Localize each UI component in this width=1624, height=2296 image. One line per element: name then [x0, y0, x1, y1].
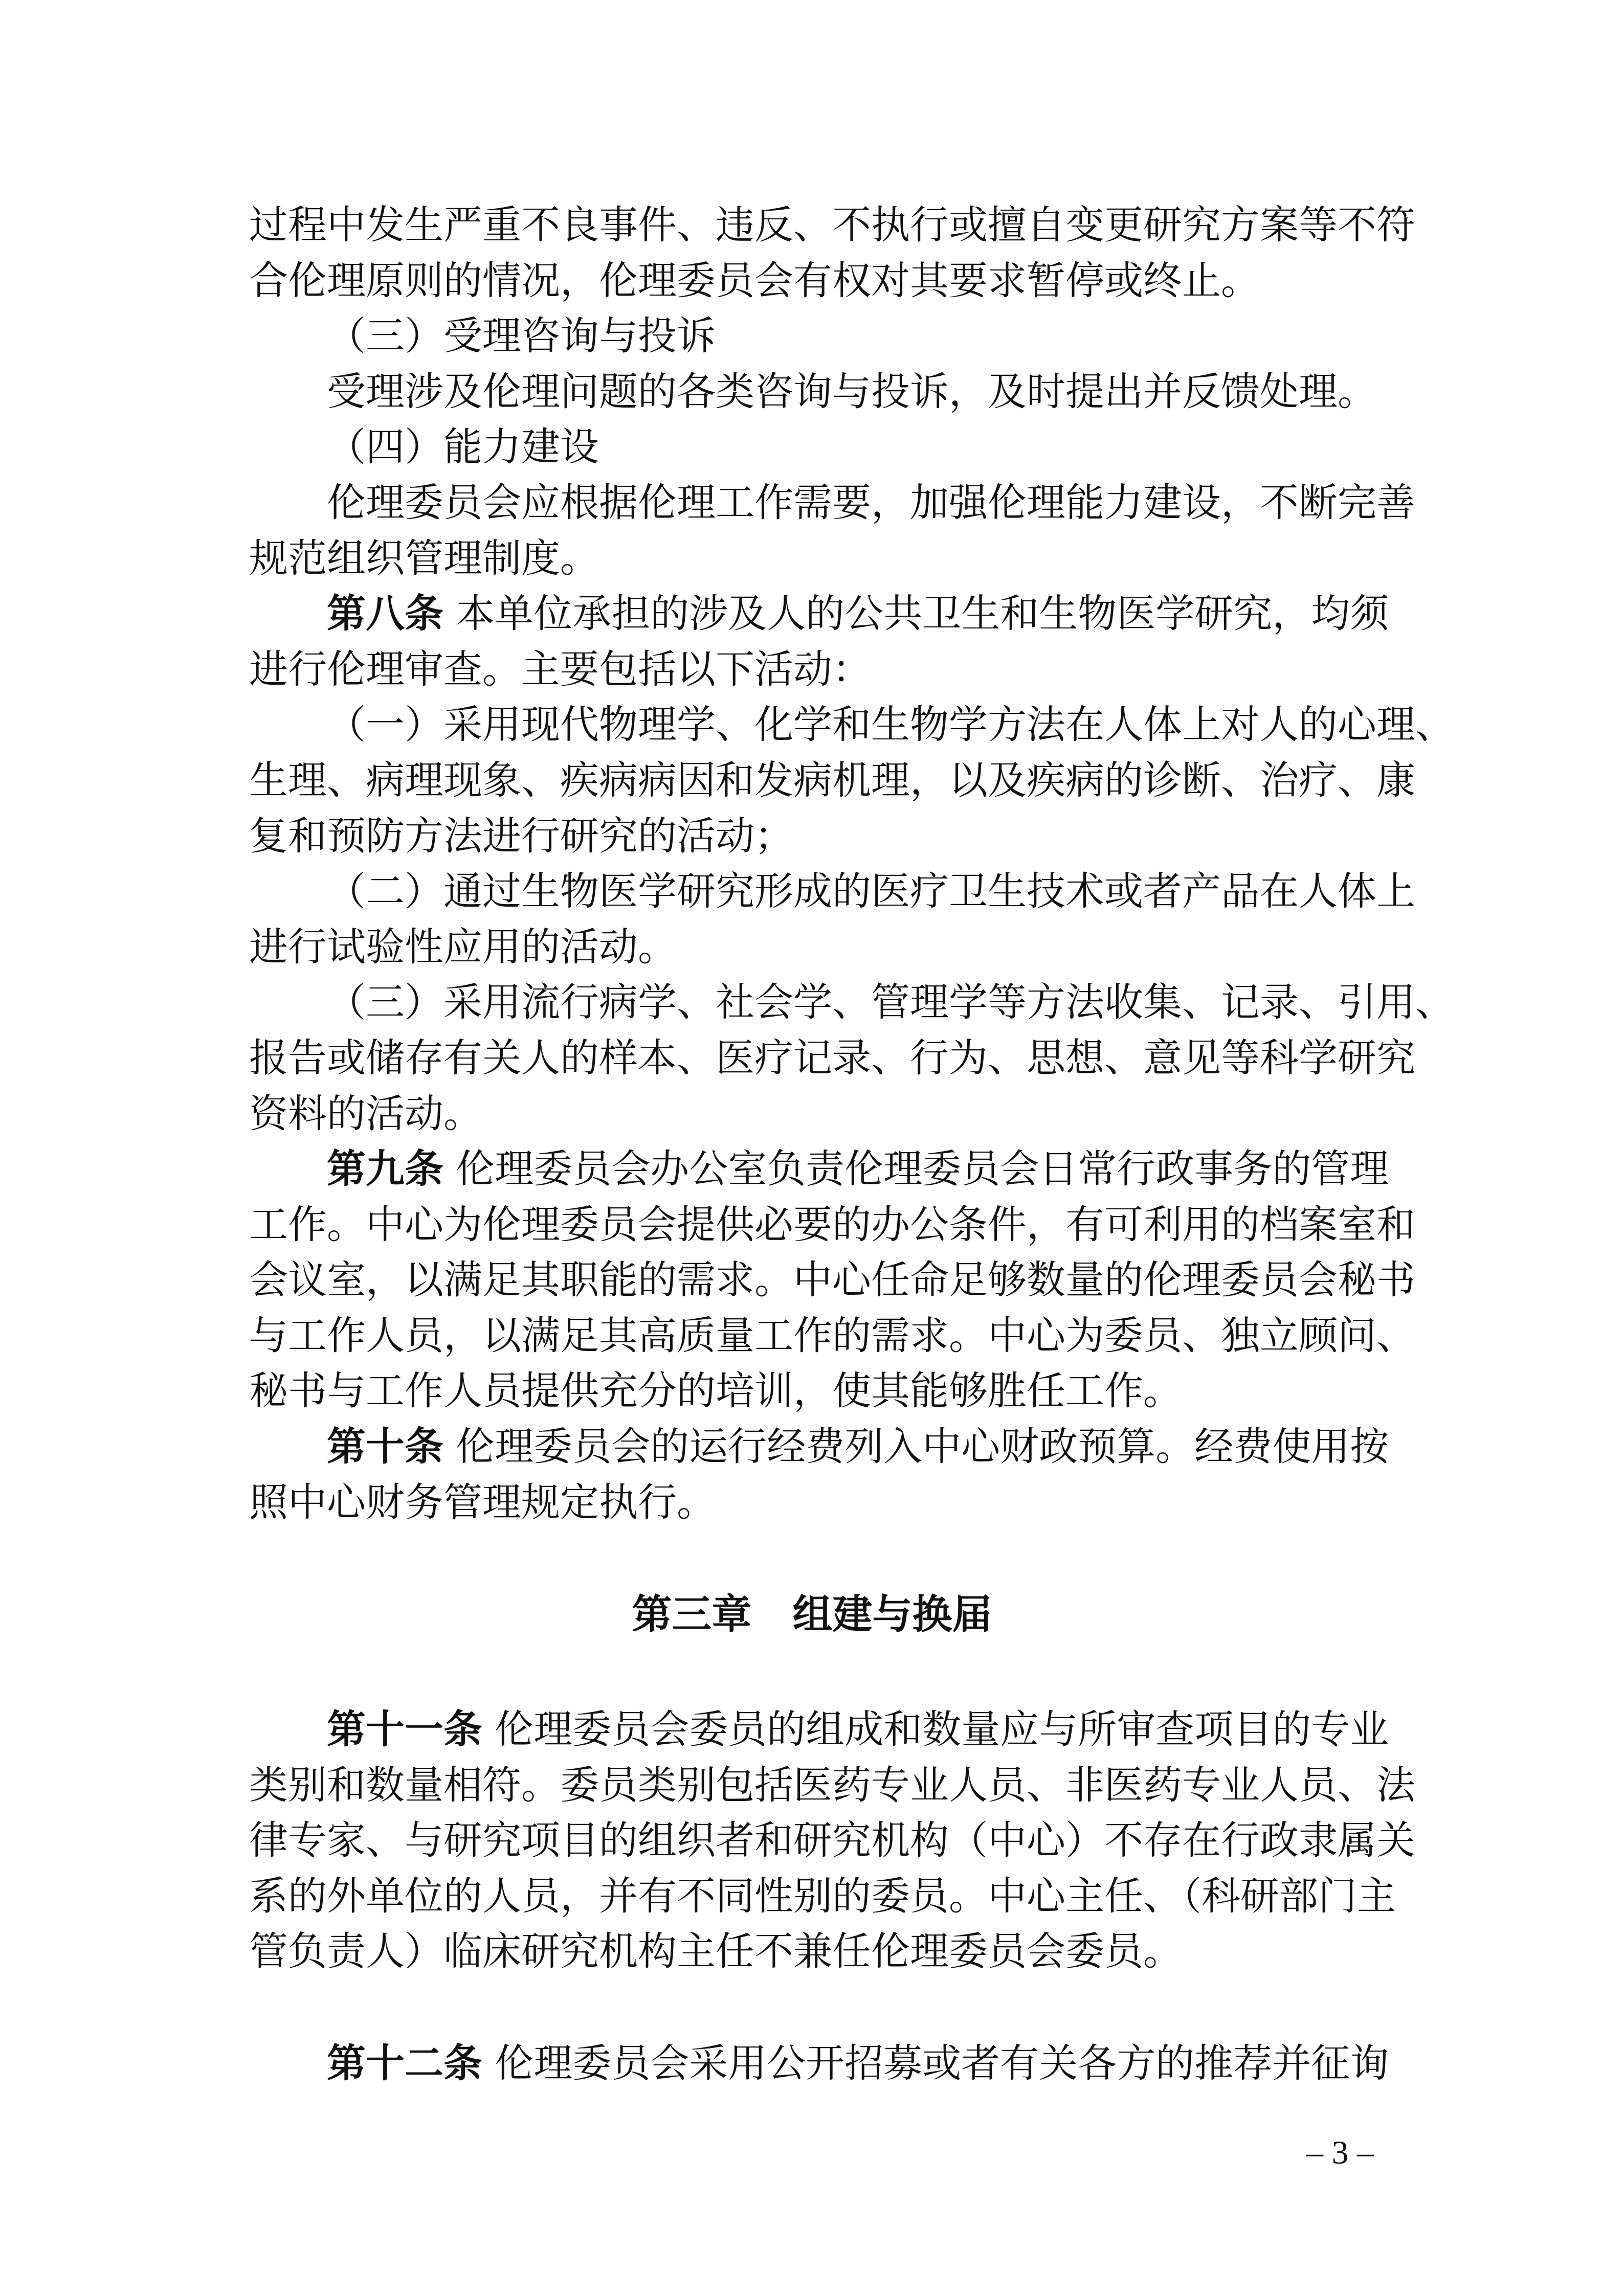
paragraph-line: 伦理委员会应根据伦理工作需要，加强伦理能力建设，不断完善: [249, 475, 1378, 531]
body-text-upper: 过程中发生严重不良事件、违反、不执行或擅自变更研究方案等不符 合伦理原则的情况，…: [249, 197, 1378, 1530]
paragraph-line: （二）通过生物医学研究形成的医疗卫生技术或者产品在人体上: [249, 864, 1378, 919]
article-8-text: [443, 591, 456, 636]
body-text-article-12: 第十二条 伦理委员会采用公开招募或者有关各方的推荐并征询: [249, 2036, 1378, 2091]
chapter-title: 组建与换届: [793, 1592, 992, 1638]
article-10-first-line: 第十条 伦理委员会的运行经费列入中心财政预算。经费使用按: [249, 1419, 1378, 1475]
article-12-label: 第十二条: [327, 2040, 482, 2086]
paragraph-line: （三）采用流行病学、社会学、管理学等方法收集、记录、引用、: [249, 975, 1378, 1030]
article-12-text: [482, 2040, 495, 2086]
document-page: 过程中发生严重不良事件、违反、不执行或擅自变更研究方案等不符 合伦理原则的情况，…: [0, 0, 1624, 2296]
paragraph-line: 管负责人）临床研究机构主任不兼任伦理委员会委员。: [249, 1924, 1378, 1979]
article-9-text: [443, 1146, 456, 1191]
article-11-first-line: 第十一条 伦理委员会委员的组成和数量应与所审查项目的专业: [249, 1702, 1378, 1758]
article-11-text: 伦理委员会委员的组成和数量应与所审查项目的专业: [495, 1706, 1389, 1752]
article-9-text: 伦理委员会办公室负责伦理委员会日常行政事务的管理: [456, 1146, 1389, 1191]
paragraph-line: 合伦理原则的情况，伦理委员会有权对其要求暂停或终止。: [249, 253, 1378, 309]
paragraph-line: 会议室，以满足其职能的需求。中心任命足够数量的伦理委员会秘书: [249, 1252, 1378, 1308]
article-11-label: 第十一条: [327, 1706, 482, 1752]
subsection-heading-capacity: （四）能力建设: [249, 419, 1378, 475]
paragraph-line: 报告或储存有关人的样本、医疗记录、行为、思想、意见等科学研究: [249, 1030, 1378, 1086]
article-8-first-line: 第八条 本单位承担的涉及人的公共卫生和生物医学研究，均须: [249, 586, 1378, 642]
article-12-first-line: 第十二条 伦理委员会采用公开招募或者有关各方的推荐并征询: [249, 2036, 1378, 2091]
paragraph-line: 秘书与工作人员提供充分的培训，使其能够胜任工作。: [249, 1363, 1378, 1419]
paragraph-line: 规范组织管理制度。: [249, 531, 1378, 587]
chapter-heading: 第三章组建与换届: [0, 1589, 1624, 1640]
article-9-first-line: 第九条 伦理委员会办公室负责伦理委员会日常行政事务的管理: [249, 1141, 1378, 1197]
body-text-article-11: 第十一条 伦理委员会委员的组成和数量应与所审查项目的专业 类别和数量相符。委员类…: [249, 1702, 1378, 1979]
article-8-text: 本单位承担的涉及人的公共卫生和生物医学研究，均须: [456, 591, 1389, 636]
article-10-text: 伦理委员会的运行经费列入中心财政预算。经费使用按: [456, 1424, 1389, 1469]
paragraph-line: 工作。中心为伦理委员会提供必要的办公条件，有可利用的档案室和: [249, 1197, 1378, 1253]
article-8-label: 第八条: [327, 591, 443, 636]
paragraph-line: 生理、病理现象、疾病病因和发病机理，以及疾病的诊断、治疗、康: [249, 753, 1378, 808]
chapter-number: 第三章: [632, 1592, 751, 1638]
article-10-label: 第十条: [327, 1424, 443, 1469]
paragraph-line: 进行伦理审查。主要包括以下活动：: [249, 642, 1378, 697]
paragraph-line: 过程中发生严重不良事件、违反、不执行或擅自变更研究方案等不符: [249, 197, 1378, 253]
paragraph-line: 资料的活动。: [249, 1086, 1378, 1142]
article-12-text: 伦理委员会采用公开招募或者有关各方的推荐并征询: [495, 2040, 1389, 2086]
paragraph-line: 类别和数量相符。委员类别包括医药专业人员、非医药专业人员、法: [249, 1758, 1378, 1813]
paragraph-line: 与工作人员，以满足其高质量工作的需求。中心为委员、独立顾问、: [249, 1308, 1378, 1364]
paragraph-line: 律专家、与研究项目的组织者和研究机构（中心）不存在行政隶属关: [249, 1813, 1378, 1869]
paragraph-line: 系的外单位的人员，并有不同性别的委员。中心主任、（科研部门主: [249, 1869, 1378, 1924]
paragraph-line: 照中心财务管理规定执行。: [249, 1475, 1378, 1530]
page-number: – 3 –: [1299, 2132, 1381, 2173]
article-11-text: [482, 1706, 495, 1752]
paragraph-line: 受理涉及伦理问题的各类咨询与投诉，及时提出并反馈处理。: [249, 364, 1378, 420]
paragraph-line: （一）采用现代物理学、化学和生物学方法在人体上对人的心理、: [249, 697, 1378, 753]
article-10-text: [443, 1424, 456, 1469]
article-9-label: 第九条: [327, 1146, 443, 1191]
subsection-heading-consultation: （三）受理咨询与投诉: [249, 308, 1378, 364]
paragraph-line: 复和预防方法进行研究的活动；: [249, 808, 1378, 864]
paragraph-line: 进行试验性应用的活动。: [249, 919, 1378, 975]
